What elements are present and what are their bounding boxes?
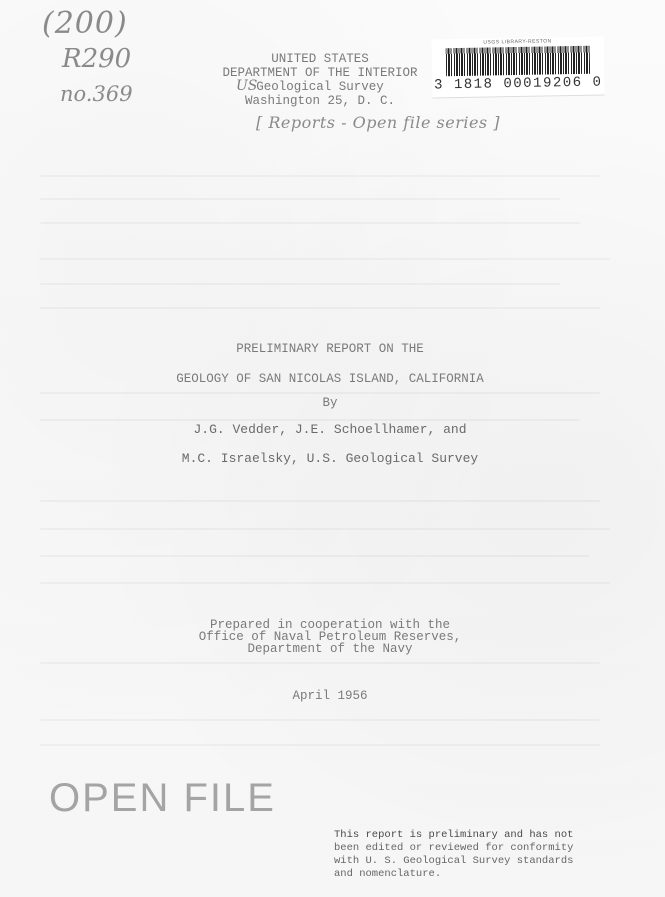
bleed-through-line	[40, 744, 600, 746]
bleed-through-line	[40, 555, 590, 557]
bleed-through-line	[40, 307, 600, 309]
bleed-through-line	[40, 719, 600, 721]
disclaimer-note: This report is preliminary and has not b…	[334, 829, 604, 881]
bleed-through-line	[40, 175, 600, 177]
document-page: (200) R290 no.369 UNITED STATES DEPARTME…	[0, 0, 665, 897]
title-block: PRELIMINARY REPORT ON THE GEOLOGY OF SAN…	[120, 342, 540, 466]
authors-line-2: M.C. Israelsky, U.S. Geological Survey	[120, 451, 540, 466]
barcode-icon	[446, 46, 590, 77]
handwritten-us-annotation: US	[236, 78, 257, 94]
cooperation-statement: Prepared in cooperation with the Office …	[160, 619, 500, 655]
bleed-through-line	[40, 582, 610, 584]
handwritten-series-note: [ Reports - Open file series ]	[256, 113, 500, 132]
report-title-line-2: GEOLOGY OF SAN NICOLAS ISLAND, CALIFORNI…	[120, 372, 540, 386]
bleed-through-line	[40, 222, 580, 224]
disclaimer-line: and nomenclature.	[334, 868, 604, 881]
bleed-through-line	[40, 283, 560, 285]
agency-line: UNITED STATES	[200, 52, 440, 66]
cooperation-line: Department of the Navy	[160, 643, 500, 655]
report-title-line-1: PRELIMINARY REPORT ON THE	[120, 342, 540, 356]
handwritten-report-number: no.369	[60, 82, 133, 106]
bleed-through-line	[40, 198, 560, 200]
bleed-through-line	[40, 662, 600, 664]
bleed-through-line	[40, 500, 600, 502]
publication-date: April 1956	[220, 689, 440, 703]
agency-line: Washington 25, D. C.	[200, 94, 440, 108]
open-file-stamp: OPEN FILE	[49, 776, 276, 821]
library-barcode-label: USGS LIBRARY-RESTON 3 1818 00019206 0	[431, 37, 604, 99]
handwritten-call-number: R290	[62, 44, 131, 74]
disclaimer-line: been edited or reviewed for conformity	[334, 842, 604, 855]
authors-line-1: J.G. Vedder, J.E. Schoellhamer, and	[120, 422, 540, 437]
bleed-through-line	[40, 258, 610, 260]
byline-label: By	[120, 396, 540, 410]
handwritten-call-number: (200)	[42, 6, 128, 41]
bleed-through-line	[40, 528, 610, 530]
disclaimer-line: with U. S. Geological Survey standards	[334, 855, 604, 868]
barcode-number: 3 1818 00019206 0	[432, 74, 604, 93]
disclaimer-line: This report is preliminary and has not	[334, 829, 604, 842]
